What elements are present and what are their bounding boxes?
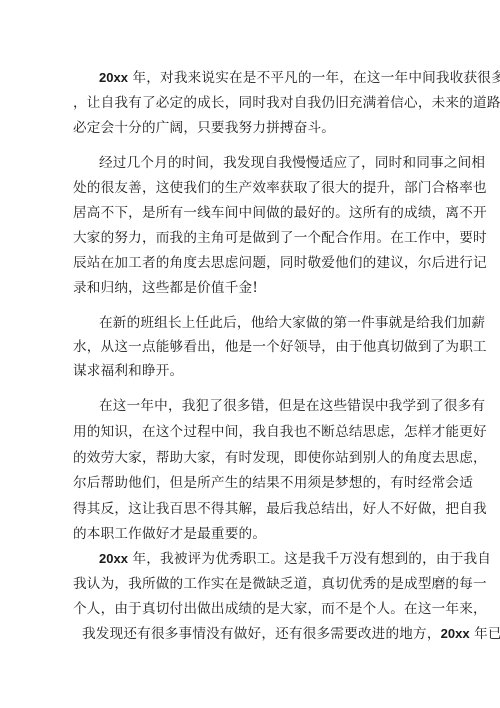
paragraph-line: 得其反，这让我百思不得其解，最后我总结出，好人不好做，把自我: [73, 501, 487, 517]
paragraph-line: 辰站在加工者的角度去思虑问题，同时敬爱他们的建议，尔后进行记: [73, 255, 487, 271]
paragraph-line: 20xx 年，我被评为优秀职工。这是我千万没有想到的，由于我自: [99, 551, 491, 567]
year-text: 20xx: [441, 626, 470, 641]
year-text: 20xx: [99, 551, 128, 566]
paragraph-line: 在新的班组长上任此后，他给大家做的第一件事就是给我们加薪: [99, 315, 485, 331]
paragraph-line: 必定会十分的广阔，只要我努力拼搏奋斗。: [73, 120, 335, 136]
paragraph-line: 个人，由于真切付出做出成绩的是大家，而不是个人。在这一年来，: [73, 601, 487, 617]
line-rest: 年，我被评为优秀职工。这是我千万没有想到的，由于我自: [128, 551, 491, 567]
paragraph-line: 谋求福利和睁开。: [73, 363, 183, 379]
paragraph-line: 尔后帮助他们，但是所产生的结果不用须是梦想的，有时经常会适: [73, 475, 473, 491]
paragraph-line: 在这一年中，我犯了很多错，但是在这些错误中我学到了很多有: [99, 398, 485, 414]
paragraph-line: 居高不下，是所有一线车间中间做的最好的。这所有的成绩，离不开: [73, 205, 487, 221]
line-rest: 我发现还有很多事情没有做好，还有很多需要改进的地方，: [82, 626, 441, 642]
paragraph-line: 经过几个月的时间，我发现自我慢慢适应了，同时和同事之间相: [99, 155, 485, 171]
paragraph-line: 我发现还有很多事情没有做好，还有很多需要改进的地方，20xx 年已: [82, 626, 500, 642]
paragraph-line: 水，从这一点能够看出，他是一个好领导，由于他真切做到了为职工: [73, 339, 487, 355]
line-rest: 年，对我来说实在是不平凡的一年，在这一年中间我收获很多: [128, 70, 500, 86]
line-tail: 年已: [470, 626, 500, 642]
paragraph-line: 的效劳大家，帮助大家，有时发现，即使你站到别人的角度去思虑，: [73, 450, 487, 466]
paragraph-line: 我认为，我所做的工作实在是微缺乏道，真切优秀的是成型磨的每一: [73, 576, 487, 592]
paragraph-line: ，让自我有了必定的成长，同时我对自我仍旧充满着信心，未来的道路: [73, 95, 500, 111]
document-page: 20xx 年，对我来说实在是不平凡的一年，在这一年中间我收获很多 ，让自我有了必…: [0, 0, 500, 708]
paragraph-line: 大家的努力，而我的主角可是做到了一个配合作用。在工作中，要时: [73, 230, 487, 246]
paragraph-line: 用的知识，在这个过程中间，我自我也不断总结思虑，怎样才能更好: [73, 424, 487, 440]
year-text: 20xx: [99, 70, 128, 85]
paragraph-line: 处的很友善，这使我们的生产效率获取了很大的提升，部门合格率也: [73, 180, 487, 196]
paragraph-line: 的本职工作做好才是最重要的。: [73, 526, 266, 542]
paragraph-line: 录和归纳，这些都是价值千金!: [73, 280, 258, 296]
paragraph-line: 20xx 年，对我来说实在是不平凡的一年，在这一年中间我收获很多: [99, 70, 500, 86]
